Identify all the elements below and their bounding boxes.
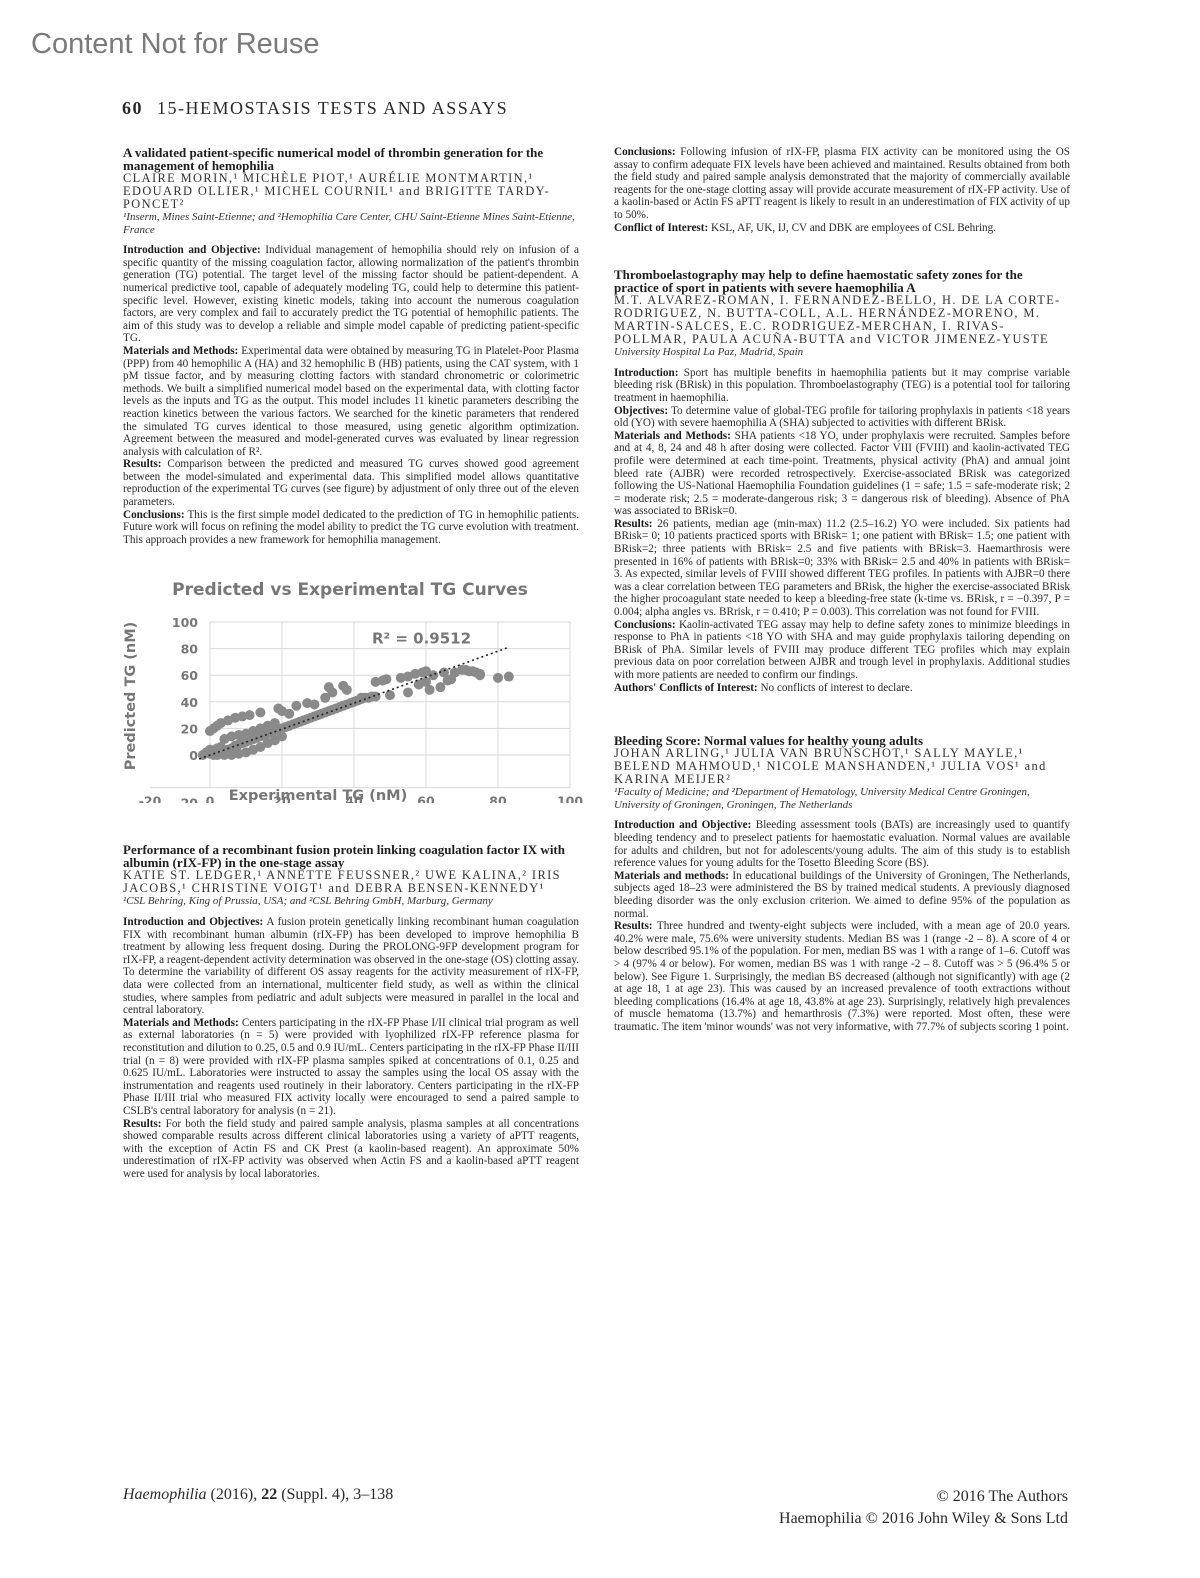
svg-text:20: 20 bbox=[181, 722, 199, 737]
section-conclusions: Conclusions: This is the first simple mo… bbox=[123, 509, 579, 547]
abstract-4: Bleeding Score: Normal values for health… bbox=[614, 734, 1070, 1033]
r-squared-label: R² = 0.9512 bbox=[372, 630, 471, 648]
section-results: Results: Comparison between the predicte… bbox=[123, 458, 579, 508]
section-results: Results: For both the field study and pa… bbox=[123, 1118, 579, 1181]
svg-text:-20: -20 bbox=[139, 794, 162, 803]
section-introduction: Introduction: Sport has multiple benefit… bbox=[614, 367, 1070, 405]
section-conclusions: Conclusions: Following infusion of rIX-F… bbox=[614, 146, 1070, 222]
abstract-affiliation: University Hospital La Paz, Madrid, Spai… bbox=[614, 346, 1070, 359]
abstract-title: A validated patient-specific numerical m… bbox=[123, 146, 579, 172]
footer-copyright: © 2016 The Authors Haemophilia © 2016 Jo… bbox=[779, 1486, 1068, 1530]
svg-text:40: 40 bbox=[181, 695, 199, 710]
section-methods: Materials and Methods: SHA patients <18 … bbox=[614, 430, 1070, 518]
section-methods: Materials and Methods: Experimental data… bbox=[123, 345, 579, 458]
abstract-3: Thromboelastography may help to define h… bbox=[614, 268, 1070, 694]
abstract-title: Thromboelastography may help to define h… bbox=[614, 268, 1070, 294]
svg-text:80: 80 bbox=[181, 642, 199, 657]
abstract-authors: M.T. ALVAREZ-ROMAN, I. FERNANDEZ-BELLO, … bbox=[614, 294, 1070, 346]
svg-text:-20: -20 bbox=[175, 796, 198, 803]
section-title: 15-HEMOSTASIS TESTS AND ASSAYS bbox=[157, 98, 508, 118]
section-conflict: Authors' Conflicts of Interest: No confl… bbox=[614, 682, 1070, 695]
abstract-affiliation: ¹Faculty of Medicine; and ²Department of… bbox=[614, 786, 1070, 811]
section-introduction: Introduction and Objective: Individual m… bbox=[123, 244, 579, 345]
abstract-title: Performance of a recombinant fusion prot… bbox=[123, 843, 579, 869]
svg-text:60: 60 bbox=[181, 669, 199, 684]
left-column: A validated patient-specific numerical m… bbox=[123, 146, 579, 1181]
section-results: Results: Three hundred and twenty-eight … bbox=[614, 920, 1070, 1033]
section-introduction: Introduction and Objectives: A fusion pr… bbox=[123, 916, 579, 1017]
abstract-2: Performance of a recombinant fusion prot… bbox=[123, 843, 579, 1180]
abstract-authors: CLAIRE MORIN,¹ MICHÈLE PIOT,¹ AURÉLIE MO… bbox=[123, 172, 579, 211]
scatter-chart: Predicted vs Experimental TG Curves02040… bbox=[115, 568, 585, 803]
svg-text:60: 60 bbox=[417, 794, 435, 803]
watermark: Content Not for Reuse bbox=[31, 28, 320, 61]
section-objectives: Objectives: To determine value of global… bbox=[614, 405, 1070, 430]
abstract-affiliation: ¹Inserm, Mines Saint-Etienne; and ²Hemop… bbox=[123, 211, 579, 236]
abstract-authors: JOHAN ARLING,¹ JULIA VAN BRUNSCHOT,¹ SAL… bbox=[614, 747, 1070, 786]
y-axis-title: Predicted TG (nM) bbox=[123, 622, 139, 771]
abstract-1: A validated patient-specific numerical m… bbox=[123, 146, 579, 803]
section-conflict: Conflict of Interest: KSL, AF, UK, IJ, C… bbox=[614, 222, 1070, 235]
footer-citation: Haemophilia (2016), 22 (Suppl. 4), 3–138 bbox=[123, 1486, 393, 1504]
section-methods: Materials and Methods: Centers participa… bbox=[123, 1017, 579, 1118]
x-axis-title: Experimental TG (nM) bbox=[229, 788, 407, 803]
chart-canvas: Predicted vs Experimental TG Curves02040… bbox=[115, 568, 585, 803]
section-results: Results: 26 patients, median age (min-ma… bbox=[614, 518, 1070, 619]
page-number: 60 bbox=[122, 98, 143, 118]
section-introduction: Introduction and Objective: Bleeding ass… bbox=[614, 819, 1070, 869]
svg-text:100: 100 bbox=[172, 615, 198, 630]
chart-title: Predicted vs Experimental TG Curves bbox=[172, 580, 528, 600]
right-column: Conclusions: Following infusion of rIX-F… bbox=[614, 146, 1070, 1033]
svg-text:0: 0 bbox=[189, 748, 198, 763]
abstract-authors: KATIE ST. LEDGER,¹ ANNETTE FEUSSNER,² UW… bbox=[123, 869, 579, 895]
abstract-affiliation: ¹CSL Behring, King of Prussia, USA; and … bbox=[123, 895, 579, 908]
svg-text:80: 80 bbox=[489, 794, 507, 803]
running-head: 6015-HEMOSTASIS TESTS AND ASSAYS bbox=[122, 98, 508, 119]
section-conclusions: Conclusions: Kaolin-activated TEG assay … bbox=[614, 619, 1070, 682]
section-methods: Materials and methods: In educational bu… bbox=[614, 870, 1070, 920]
svg-text:0: 0 bbox=[206, 794, 215, 803]
svg-text:100: 100 bbox=[557, 794, 583, 803]
